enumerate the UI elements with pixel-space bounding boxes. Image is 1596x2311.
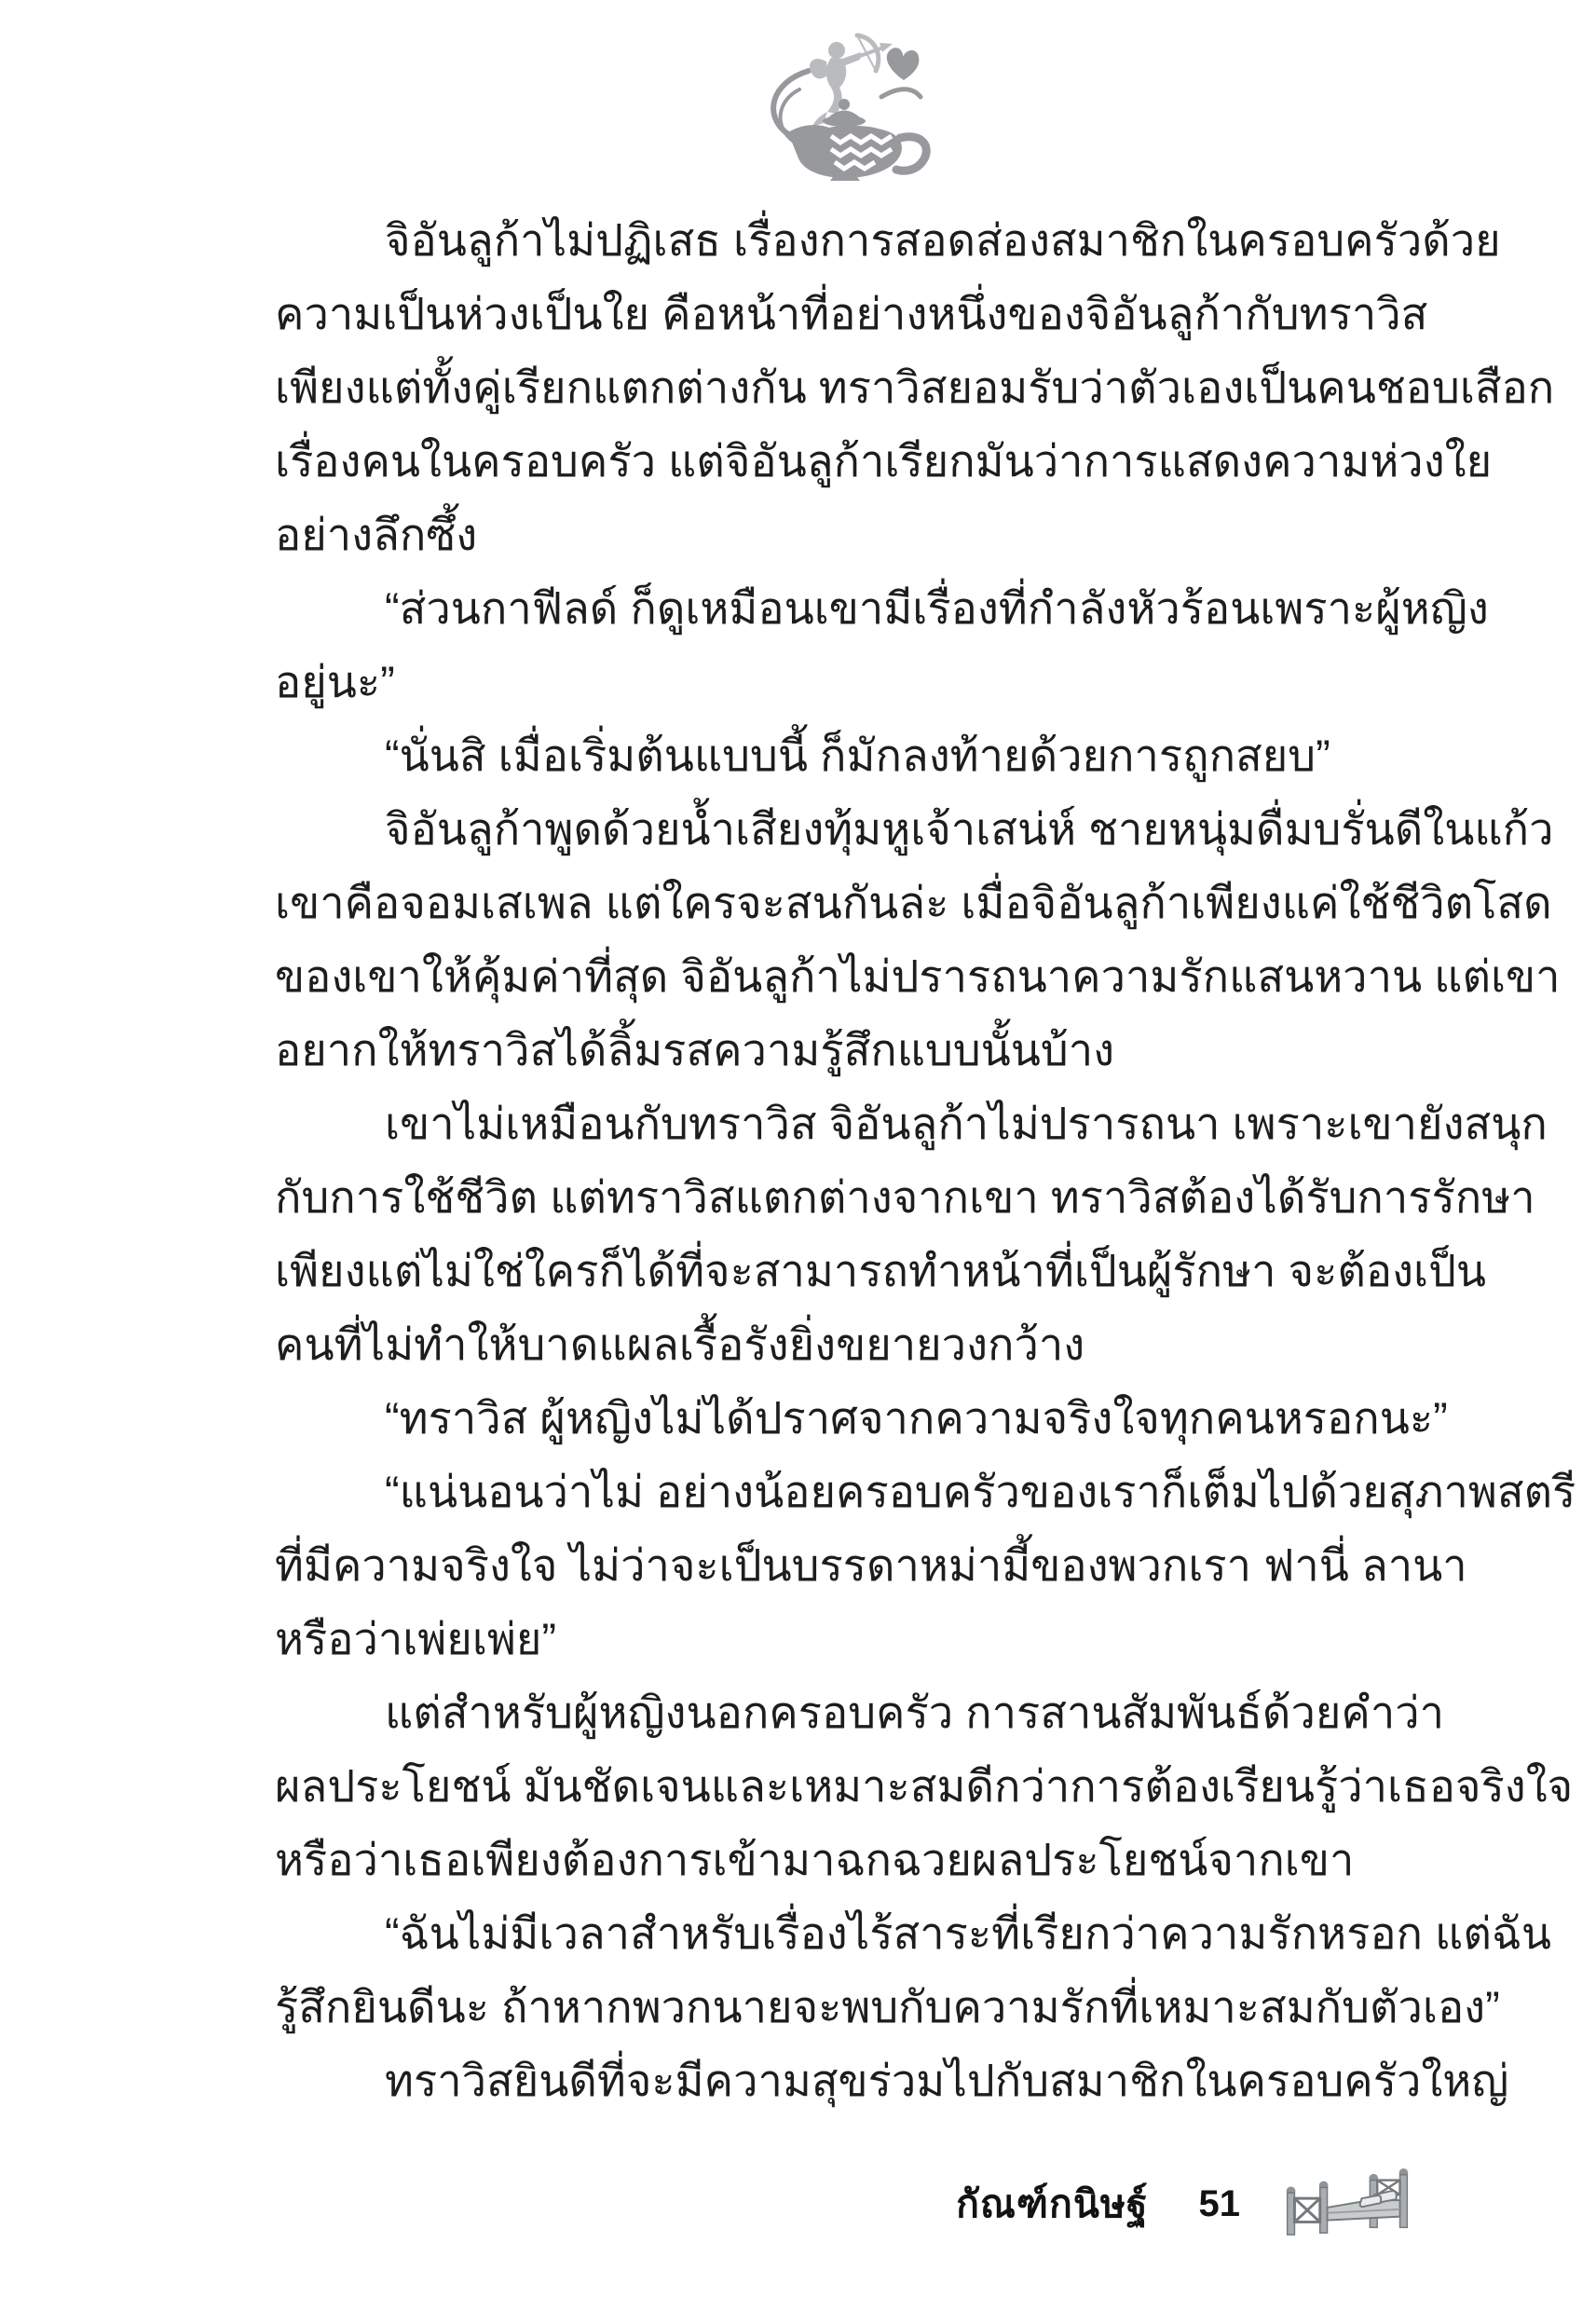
text-line: ที่มีความจริงใจ ไม่ว่าจะเป็นบรรดาหม่ามี้…: [275, 1528, 1417, 1602]
text-line: รู้สึกยินดีนะ ถ้าหากพวกนายจะพบกับความรัก…: [275, 1970, 1417, 2044]
text-line: แต่สำหรับผู้หญิงนอกครอบครัว การสานสัมพัน…: [275, 1675, 1417, 1749]
text-line: หรือว่าเธอเพียงต้องการเข้ามาฉกฉวยผลประโย…: [275, 1823, 1417, 1896]
text-line: “แน่นอนว่าไม่ อย่างน้อยครอบครัวของเราก็เ…: [275, 1455, 1417, 1528]
page-number: 51: [1199, 2183, 1241, 2225]
page-body-text: จิอันลูก้าไม่ปฏิเสธ เรื่องการสอดส่องสมาช…: [275, 203, 1417, 2117]
text-line: ผลประโยชน์ มันชัดเจนและเหมาะสมดีกว่าการต…: [275, 1749, 1417, 1823]
chapter-header-ornament: [745, 30, 941, 181]
text-line: เขาคือจอมเสเพล แต่ใครจะสนกันล่ะ เมื่อจิอ…: [275, 866, 1417, 939]
text-line: อยู่นะ”: [275, 645, 1417, 718]
text-line: เพียงแต่ไม่ใช่ใครก็ได้ที่จะสามารถทำหน้าท…: [275, 1234, 1417, 1307]
text-line: ทราวิสยินดีที่จะมีความสุขร่วมไปกับสมาชิก…: [275, 2044, 1417, 2117]
book-page: จิอันลูก้าไม่ปฏิเสธ เรื่องการสอดส่องสมาช…: [0, 0, 1596, 2311]
text-line: จิอันลูก้าไม่ปฏิเสธ เรื่องการสอดส่องสมาช…: [275, 203, 1417, 277]
text-line: กับการใช้ชีวิต แต่ทราวิสแตกต่างจากเขา ทร…: [275, 1160, 1417, 1234]
text-line: อยากให้ทราวิสได้ลิ้มรสความรู้สึกแบบนั้นบ…: [275, 1013, 1417, 1087]
cupid-genie-lamp-icon: [745, 30, 941, 181]
text-line: คนที่ไม่ทำให้บาดแผลเรื้อรังยิ่งขยายวงกว้…: [275, 1307, 1417, 1381]
text-line: เรื่องคนในครอบครัว แต่จิอันลูก้าเรียกมัน…: [275, 424, 1417, 498]
text-line: ความเป็นห่วงเป็นใย คือหน้าที่อย่างหนึ่งข…: [275, 277, 1417, 350]
text-line: “ฉันไม่มีเวลาสำหรับเรื่องไร้สาระที่เรียก…: [275, 1896, 1417, 1970]
text-line: “นั่นสิ เมื่อเริ่มต้นแบบนี้ ก็มักลงท้ายด…: [275, 718, 1417, 792]
text-line: “ทราวิส ผู้หญิงไม่ได้ปราศจากความจริงใจทุ…: [275, 1381, 1417, 1455]
text-line: อย่างลึกซึ้ง: [275, 498, 1417, 571]
text-line: จิอันลูก้าพูดด้วยน้ำเสียงทุ้มหูเจ้าเสน่ห…: [275, 792, 1417, 866]
text-line: หรือว่าเพ่ยเพ่ย”: [275, 1602, 1417, 1675]
text-line: “ส่วนกาฟีลด์ ก็ดูเหมือนเขามีเรื่องที่กำล…: [275, 571, 1417, 645]
bed-icon: [1283, 2167, 1412, 2240]
page-footer: กัณฑ์กนิษฐ์ 51: [956, 2164, 1412, 2244]
text-line: เพียงแต่ทั้งคู่เรียกแตกต่างกัน ทราวิสยอม…: [275, 350, 1417, 424]
text-line: ของเขาให้คุ้มค่าที่สุด จิอันลูก้าไม่ปราร…: [275, 939, 1417, 1013]
footer-author: กัณฑ์กนิษฐ์: [956, 2174, 1148, 2235]
text-line: เขาไม่เหมือนกับทราวิส จิอันลูก้าไม่ปรารถ…: [275, 1087, 1417, 1160]
